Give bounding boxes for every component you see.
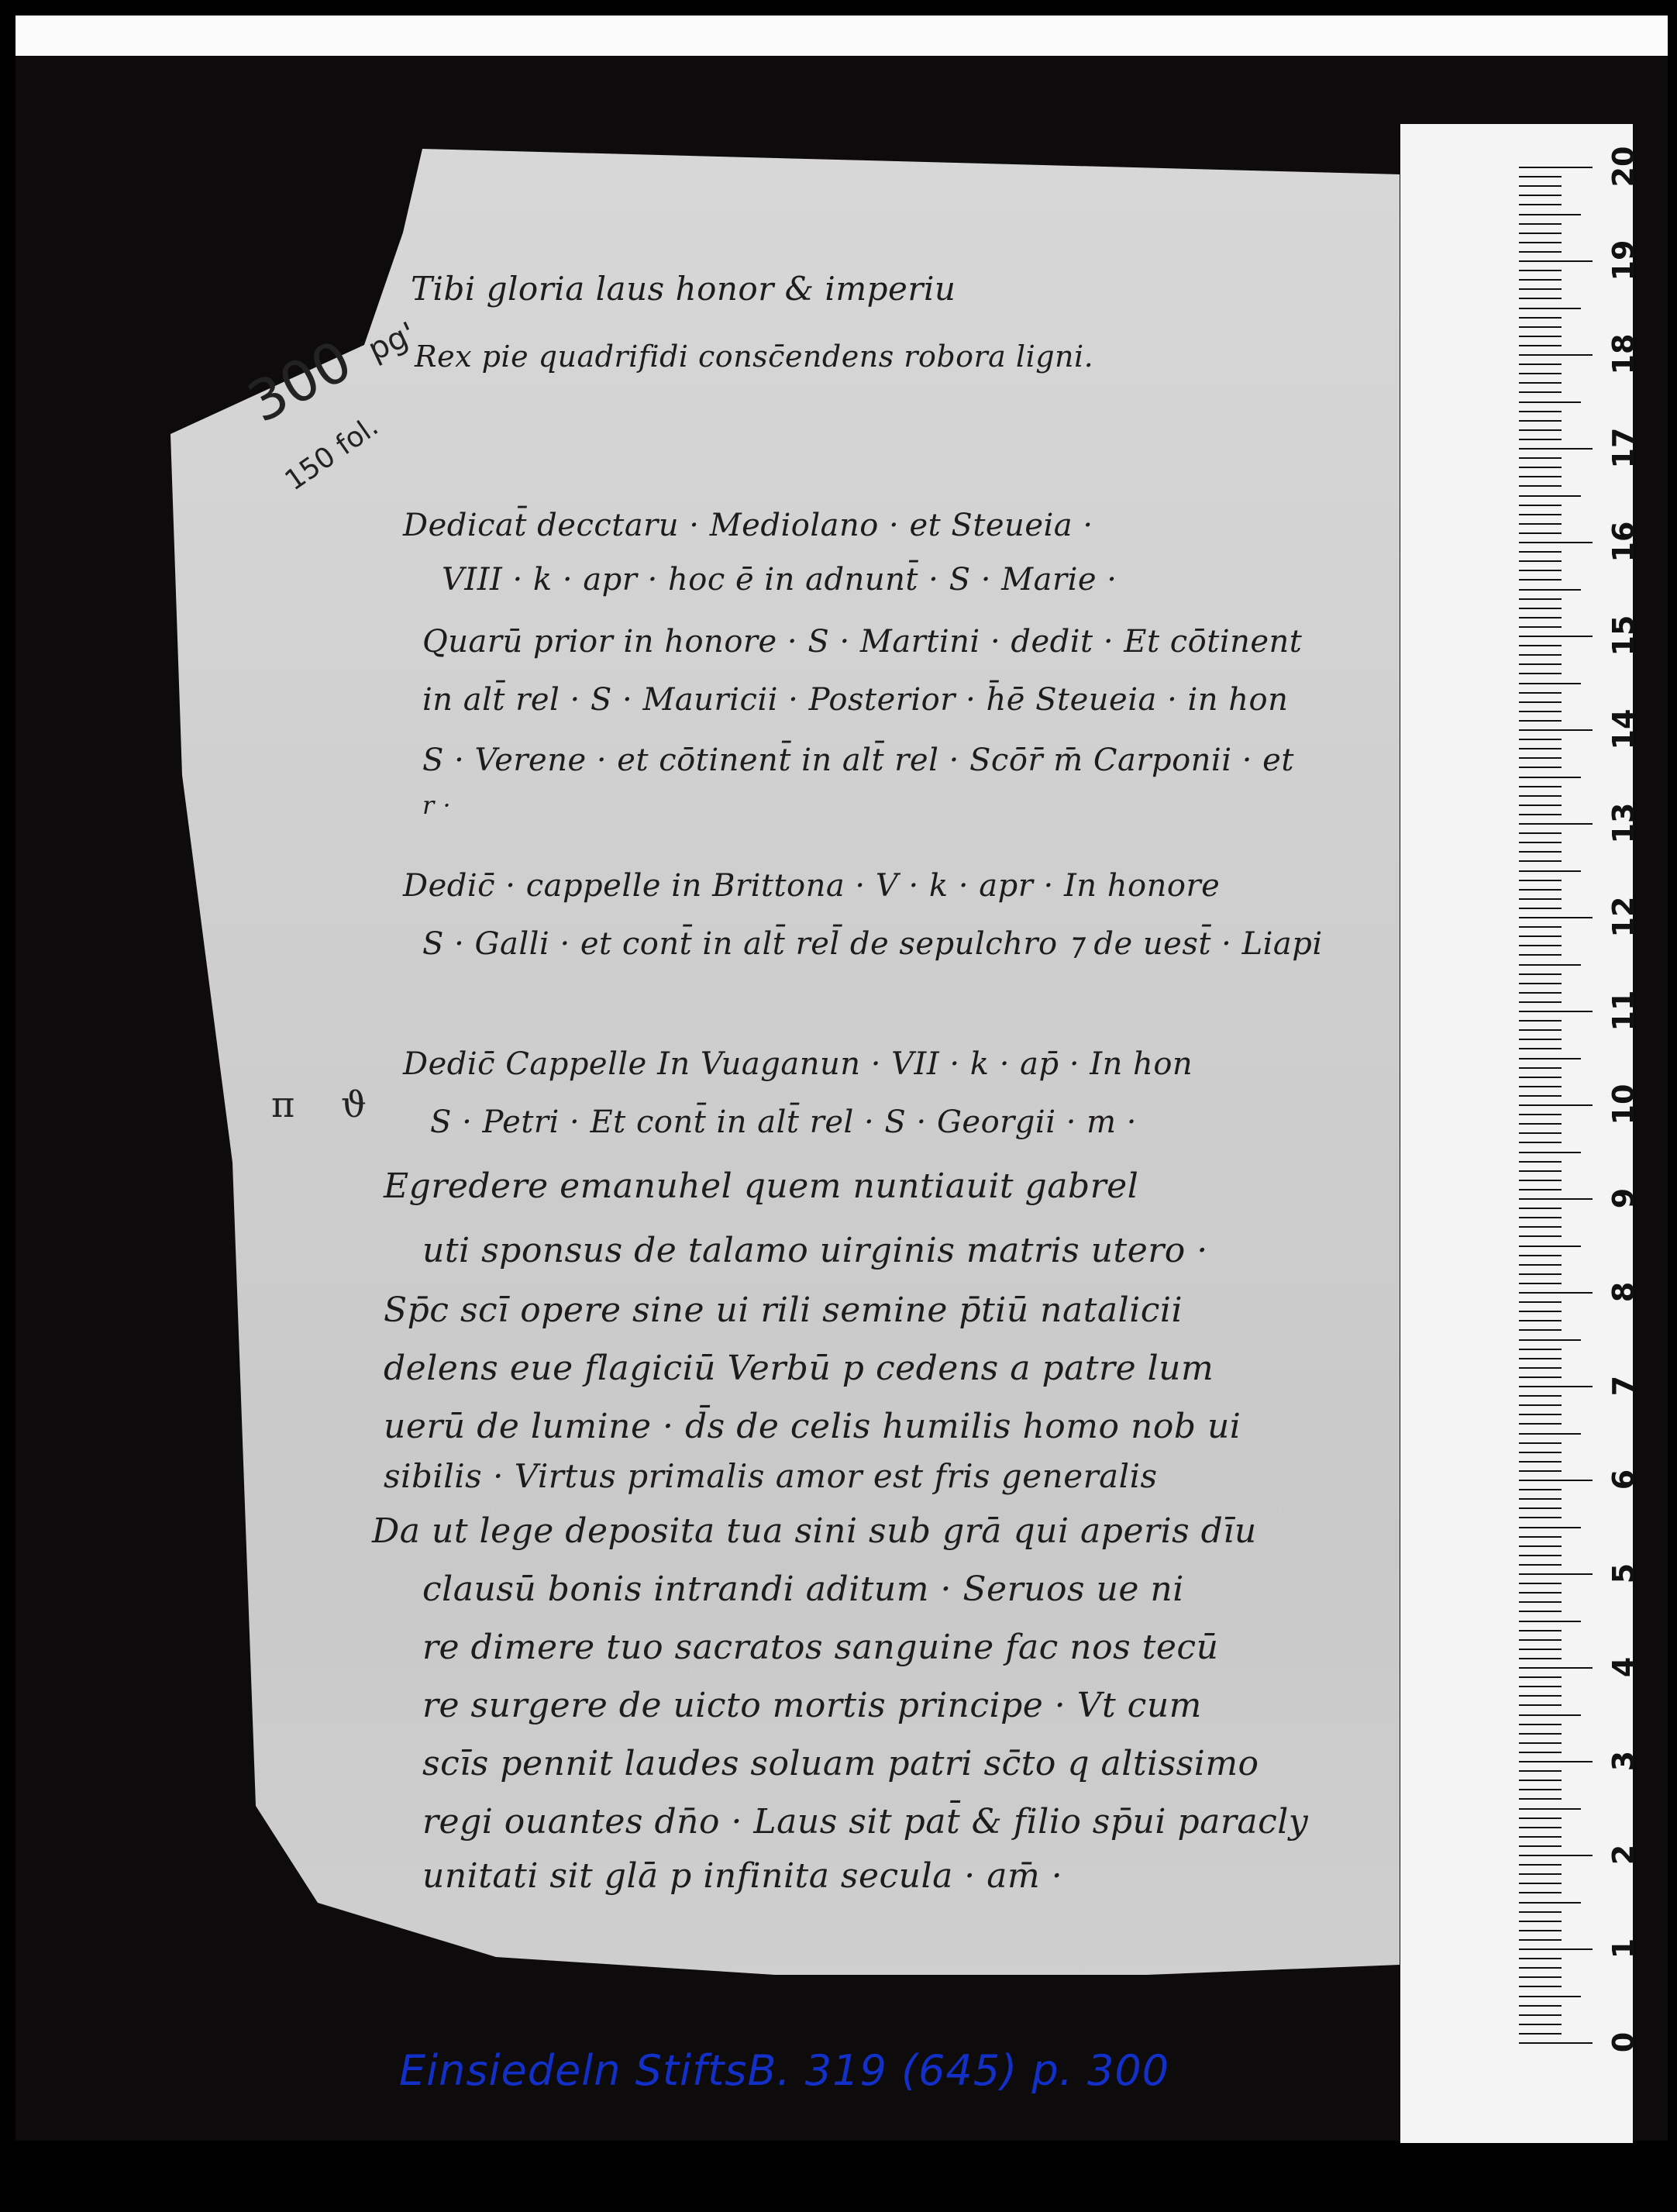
ruler-tick [1519, 1948, 1593, 1950]
ruler-tick [1519, 308, 1581, 309]
text-line: clausū bonis intrandi aditum · Seruos ue… [422, 1569, 1184, 1609]
ruler-label: 15 [1606, 612, 1641, 659]
ruler-tick [1519, 1545, 1562, 1547]
ruler-tick [1519, 786, 1562, 787]
ruler-tick [1519, 842, 1562, 843]
ruler-tick [1519, 1208, 1562, 1209]
ruler-tick [1519, 805, 1562, 806]
text-line: S · Petri · Et cont̄ in alt̄ rel · S · G… [430, 1104, 1137, 1140]
ruler-tick [1519, 692, 1562, 694]
ruler-tick [1519, 1376, 1562, 1378]
ruler-tick [1519, 457, 1562, 459]
ruler-tick [1519, 1461, 1562, 1463]
ruler-tick [1519, 1761, 1593, 1762]
ruler-tick [1519, 748, 1562, 749]
ruler-tick [1519, 729, 1593, 731]
ruler-tick [1519, 1986, 1562, 1987]
ruler-tick [1519, 1161, 1562, 1163]
ruler-tick [1519, 945, 1562, 946]
ruler-tick [1519, 251, 1562, 253]
ruler-tick [1519, 1058, 1581, 1059]
ruler-tick [1519, 1921, 1562, 1922]
ruler-tick [1519, 1189, 1562, 1190]
ruler-tick [1519, 1976, 1562, 1978]
ruler-tick [1519, 354, 1593, 356]
ruler-tick [1519, 429, 1562, 431]
ruler-tick [1519, 1517, 1562, 1518]
ruler-label: 7 [1606, 1363, 1641, 1409]
ruler-tick [1519, 1180, 1562, 1181]
text-line: r · [422, 791, 451, 820]
ruler-tick [1519, 1235, 1562, 1237]
ruler-tick [1519, 1132, 1562, 1134]
ruler-tick [1519, 1301, 1562, 1303]
ruler-tick [1519, 598, 1562, 600]
ruler-tick [1519, 204, 1562, 205]
ruler-tick [1519, 1255, 1562, 1256]
ruler-tick [1519, 1395, 1562, 1397]
ruler-tick [1519, 608, 1562, 609]
ruler-tick [1519, 242, 1562, 243]
ruler-tick [1519, 1817, 1562, 1819]
ruler-tick [1519, 448, 1593, 450]
ruler-tick [1519, 898, 1562, 900]
ruler-tick [1519, 542, 1593, 543]
ruler-tick [1519, 767, 1562, 768]
ruler-tick [1519, 908, 1562, 909]
ruler-tick [1519, 889, 1562, 891]
ruler-tick [1519, 1808, 1581, 1810]
ruler-tick [1519, 1855, 1593, 1856]
ruler-tick [1519, 954, 1562, 956]
ruler-tick [1519, 1152, 1581, 1153]
ruler-tick [1519, 1011, 1593, 1012]
ruler-tick [1519, 654, 1562, 656]
ruler-tick [1519, 1967, 1562, 1969]
ruler-tick [1519, 2042, 1593, 2044]
ruler-tick [1519, 926, 1562, 928]
ruler-tick [1519, 345, 1562, 346]
ruler-tick [1519, 1433, 1581, 1435]
ruler-tick [1519, 1611, 1562, 1612]
ruler-tick [1519, 626, 1562, 628]
ruler-label: 3 [1606, 1738, 1641, 1784]
ruler-tick [1519, 1170, 1562, 1172]
ruler-tick [1519, 1001, 1562, 1003]
ruler-tick [1519, 1423, 1562, 1425]
ruler-tick [1519, 1067, 1562, 1069]
top-white-strip [15, 16, 1668, 56]
ruler-tick [1519, 1349, 1562, 1350]
ruler-tick [1519, 935, 1562, 937]
ruler-tick [1519, 1226, 1562, 1228]
ruler-tick [1519, 1555, 1562, 1556]
margin-symbol-theta: ϑ [341, 1084, 367, 1125]
ruler-label: 13 [1606, 800, 1641, 846]
text-line: re surgere de uicto mortis principe · Vt… [422, 1686, 1202, 1725]
text-line: Dedic̄ Cappelle In Vuaganun · VII · k · … [403, 1046, 1193, 1082]
ruler-tick [1519, 233, 1562, 234]
ruler-tick [1519, 757, 1562, 759]
ruler-tick [1519, 880, 1562, 881]
ruler-tick [1519, 983, 1562, 984]
ruler-tick [1519, 795, 1562, 797]
ruler-tick [1519, 1780, 1562, 1781]
ruler-label: 16 [1606, 519, 1641, 565]
ruler-tick [1519, 701, 1562, 703]
ruler-tick [1519, 1676, 1562, 1678]
ruler-tick [1519, 1686, 1562, 1687]
ruler-tick [1519, 214, 1581, 215]
text-line: Dedicat̄ decctaru · Mediolano · et Steue… [403, 508, 1093, 543]
ruler-tick [1519, 663, 1562, 665]
text-line: Sp̄c scī opere sine ui rili semine p̄tiū… [384, 1290, 1183, 1330]
ruler-tick [1519, 814, 1562, 815]
ruler-tick [1519, 1798, 1562, 1800]
ruler-tick [1519, 1527, 1581, 1528]
ruler-tick [1519, 195, 1562, 196]
ruler-tick [1519, 1592, 1562, 1594]
ruler-tick [1519, 1658, 1562, 1659]
ruler-tick [1519, 2014, 1562, 2016]
ruler-tick [1519, 720, 1562, 722]
ruler-tick [1519, 1358, 1562, 1359]
ruler-tick [1519, 1283, 1562, 1284]
shelfmark-annotation: Einsiedeln StiftsB. 319 (645) p. 300 [399, 2046, 1169, 2095]
ruler-tick [1519, 391, 1562, 393]
ruler-tick [1519, 270, 1562, 271]
ruler-tick [1519, 1621, 1581, 1622]
ruler-tick [1519, 739, 1562, 740]
ruler-label: 18 [1606, 331, 1641, 377]
ruler-tick [1519, 382, 1562, 384]
ruler-tick [1519, 1630, 1562, 1631]
ruler-tick [1519, 1489, 1562, 1490]
ruler-label: 10 [1606, 1081, 1641, 1128]
ruler-tick [1519, 870, 1581, 872]
ruler-tick [1519, 1273, 1562, 1275]
ruler-tick [1519, 1714, 1581, 1716]
text-line: sibilis · Virtus primalis amor est fris … [384, 1457, 1158, 1495]
ruler-tick [1519, 1911, 1562, 1913]
ruler-tick [1519, 1104, 1593, 1106]
ruler-tick [1519, 2024, 1562, 2025]
ruler-tick [1519, 1095, 1562, 1097]
text-line: uti sponsus de talamo uirginis matris ut… [422, 1231, 1208, 1270]
ruler-tick [1519, 1564, 1562, 1566]
text-line: re dimere tuo sacratos sanguine fac nos … [422, 1628, 1218, 1667]
ruler-tick [1519, 1601, 1562, 1603]
ruler-tick [1519, 1873, 1562, 1875]
ruler-tick [1519, 336, 1562, 337]
ruler-tick [1519, 1639, 1562, 1641]
ruler-tick [1519, 823, 1593, 825]
ruler-tick [1519, 288, 1562, 290]
ruler-tick [1519, 2033, 1562, 2035]
text-line: Tibi gloria laus honor & imperiu [411, 270, 956, 308]
ruler-tick [1519, 973, 1562, 975]
ruler-label: 4 [1606, 1644, 1641, 1690]
ruler-tick [1519, 167, 1593, 168]
ruler-tick [1519, 1246, 1581, 1247]
ruler-tick [1519, 570, 1562, 571]
ruler-tick [1519, 439, 1562, 440]
ruler-tick [1519, 532, 1562, 534]
ruler-tick [1519, 1939, 1562, 1941]
ruler-tick [1519, 1996, 1581, 1997]
ruler-tick [1519, 636, 1593, 637]
text-line: Quarū prior in honore · S · Martini · de… [422, 624, 1302, 660]
ruler-tick [1519, 1733, 1562, 1735]
ruler-tick [1519, 1583, 1562, 1584]
ruler-tick [1519, 401, 1581, 403]
ruler-tick [1519, 1329, 1562, 1331]
ruler-tick [1519, 1902, 1581, 1904]
ruler-tick [1519, 560, 1562, 562]
ruler-tick [1519, 1020, 1562, 1022]
ruler-label: 9 [1606, 1175, 1641, 1221]
ruler-tick [1519, 1414, 1562, 1415]
ruler-tick [1519, 1958, 1562, 1959]
text-line: Egredere emanuhel quem nuntiauit gabrel [384, 1166, 1138, 1206]
ruler-tick [1519, 1827, 1562, 1828]
ruler-tick [1519, 467, 1562, 468]
ruler-tick [1519, 1367, 1562, 1369]
text-line: VIII · k · apr · hoc ē in adnunt̄ · S · … [442, 562, 1117, 598]
ruler-tick [1519, 851, 1562, 853]
ruler-tick [1519, 1649, 1562, 1650]
ruler-tick [1519, 1404, 1562, 1406]
ruler-label: 5 [1606, 1550, 1641, 1597]
ruler-tick [1519, 1320, 1562, 1321]
ruler-tick [1519, 1452, 1562, 1453]
text-line: Da ut lege deposita tua sini sub grā qui… [372, 1511, 1257, 1551]
ruler-tick [1519, 1836, 1562, 1838]
ruler-tick [1519, 298, 1562, 299]
ruler-tick [1519, 185, 1562, 187]
text-line: S · Galli · et cont̄ in alt̄ rel̄ de sep… [422, 926, 1323, 962]
ruler-label: 0 [1606, 2019, 1641, 2066]
ruler-label: 1 [1606, 1925, 1641, 1972]
ruler-tick [1519, 579, 1562, 581]
ruler-tick [1519, 1198, 1593, 1200]
ruler-tick [1519, 1704, 1562, 1706]
ruler-label: 20 [1606, 143, 1641, 190]
ruler-tick [1519, 1864, 1562, 1866]
ruler-tick [1519, 777, 1581, 778]
ruler-tick [1519, 514, 1562, 515]
ruler-tick [1519, 964, 1581, 966]
ruler-tick [1519, 476, 1562, 477]
ruler-tick [1519, 1039, 1562, 1040]
ruler-tick [1519, 279, 1562, 281]
ruler-tick [1519, 1536, 1562, 1538]
ruler-label: 17 [1606, 425, 1641, 471]
ruler-tick [1519, 1724, 1562, 1725]
text-line: Dedic̄ · cappelle in Brittona · V · k · … [403, 868, 1220, 904]
ruler-scale: 01234567891011121314151617181920 [1519, 186, 1651, 2046]
ruler-tick [1519, 1142, 1562, 1143]
ruler-tick [1519, 1845, 1562, 1847]
text-line: S · Verene · et cōtinent̄ in alt̄ rel · … [422, 743, 1294, 778]
ruler-tick [1519, 176, 1562, 177]
text-line: in alt̄ rel · S · Mauricii · Posterior ·… [422, 682, 1288, 718]
ruler-tick [1519, 1311, 1562, 1312]
ruler-tick [1519, 617, 1562, 618]
text-line: uerū de lumine · d̄s de celis humilis ho… [384, 1407, 1241, 1446]
ruler-tick [1519, 1114, 1562, 1115]
ruler-tick [1519, 2005, 1562, 2007]
ruler-tick [1519, 1077, 1562, 1078]
ruler-tick [1519, 523, 1562, 525]
ruler-tick [1519, 505, 1562, 506]
ruler-tick [1519, 645, 1562, 646]
ruler-tick [1519, 1789, 1562, 1790]
ruler-tick [1519, 495, 1581, 497]
text-line: scīs pennit laudes soluam patri sc̄to q … [422, 1744, 1259, 1783]
ruler-label: 19 [1606, 237, 1641, 284]
ruler-tick [1519, 683, 1581, 684]
ruler-tick [1519, 1480, 1593, 1481]
ruler-tick [1519, 1667, 1593, 1669]
ruler-tick [1519, 363, 1562, 365]
ruler-tick [1519, 1086, 1562, 1087]
ruler-tick [1519, 1930, 1562, 1931]
ruler-label: 6 [1606, 1456, 1641, 1503]
ruler-tick [1519, 711, 1562, 712]
ruler-tick [1519, 1770, 1562, 1772]
ruler-tick [1519, 1442, 1562, 1444]
ruler-tick [1519, 326, 1562, 328]
ruler-tick [1519, 589, 1581, 591]
ruler-tick [1519, 1292, 1593, 1294]
ruler-tick [1519, 673, 1562, 674]
ruler-tick [1519, 860, 1562, 862]
ruler-tick [1519, 1029, 1562, 1031]
ruler-label: 8 [1606, 1269, 1641, 1315]
ruler-tick [1519, 420, 1562, 422]
ruler-tick [1519, 1752, 1562, 1753]
ruler-tick [1519, 1217, 1562, 1218]
ruler-tick [1519, 1498, 1562, 1500]
ruler-tick [1519, 832, 1562, 834]
text-line: unitati sit glā p infinita secula · am̄ … [422, 1856, 1062, 1896]
ruler-tick [1519, 1264, 1562, 1266]
ruler-tick [1519, 1386, 1593, 1387]
ruler-tick [1519, 1892, 1562, 1893]
ruler-tick [1519, 317, 1562, 319]
ruler-tick [1519, 1695, 1562, 1697]
ruler-tick [1519, 411, 1562, 412]
ruler-tick [1519, 917, 1593, 918]
ruler-label: 14 [1606, 706, 1641, 753]
ruler-tick [1519, 1339, 1581, 1341]
ruler-tick [1519, 1742, 1562, 1744]
ruler-label: 2 [1606, 1831, 1641, 1878]
ruler-tick [1519, 992, 1562, 994]
text-line: Rex pie quadrifidi consc̄endens robora l… [415, 339, 1093, 374]
text-line: delens eue flagiciū Verbū p cedens a pat… [384, 1349, 1214, 1388]
ruler-tick [1519, 260, 1593, 262]
ruler-tick [1519, 223, 1562, 225]
ruler-tick [1519, 485, 1562, 487]
ruler-tick [1519, 1048, 1562, 1049]
margin-symbol-pi: π [271, 1084, 294, 1125]
ruler-tick [1519, 1573, 1593, 1575]
ruler-tick [1519, 1507, 1562, 1509]
ruler-tick [1519, 1470, 1562, 1472]
ruler-tick [1519, 1123, 1562, 1125]
ruler-tick [1519, 551, 1562, 553]
ruler-tick [1519, 1883, 1562, 1884]
text-line: regi ouantes dn̄o · Laus sit pat̄ & fili… [422, 1802, 1308, 1842]
ruler-label: 11 [1606, 987, 1641, 1034]
ruler-label: 12 [1606, 894, 1641, 940]
ruler-tick [1519, 373, 1562, 374]
